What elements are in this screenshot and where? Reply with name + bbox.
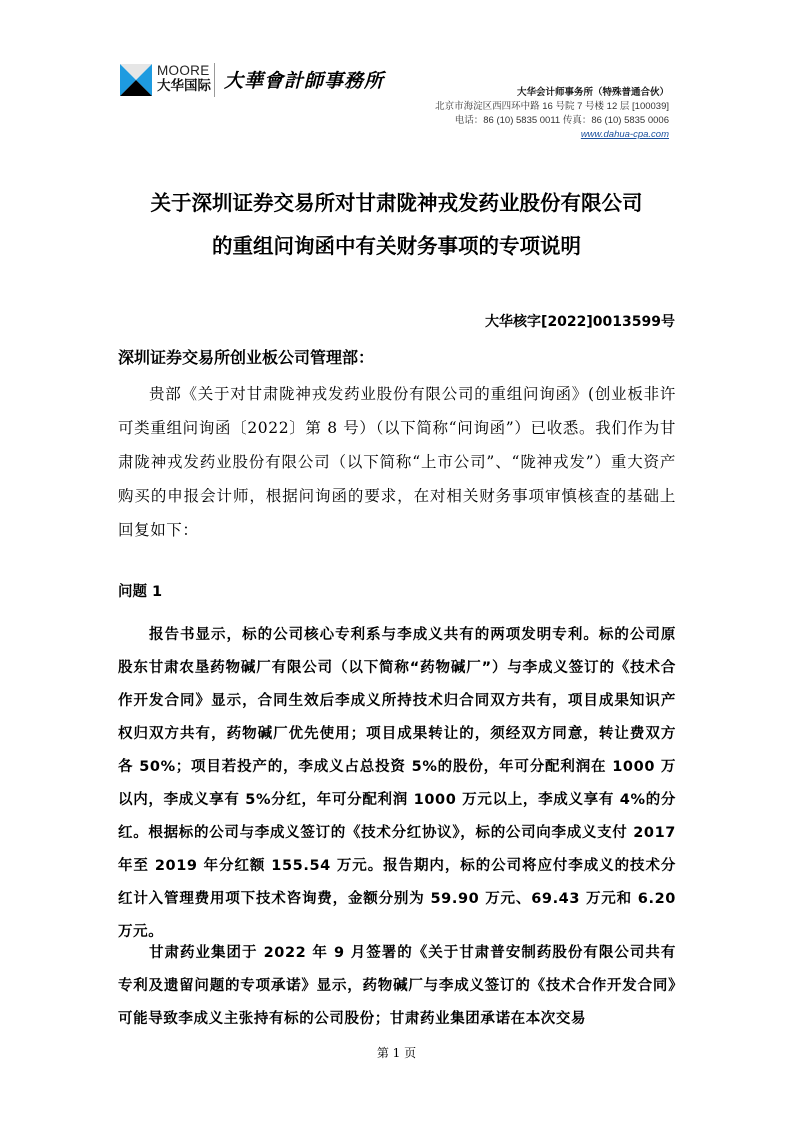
logo-calligraphy: 大華會計師事務所 xyxy=(224,66,384,93)
firm-name: 大华会计师事务所（特殊普通合伙） xyxy=(435,86,669,100)
addressee: 深圳证券交易所创业板公司管理部： xyxy=(118,345,374,368)
question-paragraph: 报告书显示，标的公司核心专利系与李成义共有的两项发明专利。标的公司原股东甘肃农垦… xyxy=(118,619,676,949)
firm-website-link[interactable]: www.dahua-cpa.com xyxy=(435,128,669,142)
page-number: 第 1 页 xyxy=(0,1044,793,1061)
intro-paragraph: 贵部《关于对甘肃陇神戎发药业股份有限公司的重组问询函》(创业板非许可类重组问询函… xyxy=(118,377,676,547)
logo-english: MOORE xyxy=(157,63,211,78)
moore-logo-icon xyxy=(120,64,152,96)
question-paragraph: 甘肃药业集团于 2022 年 9 月签署的《关于甘肃普安制药股份有限公司共有专利… xyxy=(118,937,676,1036)
question-heading: 问题 1 xyxy=(118,580,162,601)
firm-info: 大华会计师事务所（特殊普通合伙） 北京市海淀区西四环中路 16 号院 7 号楼 … xyxy=(435,86,669,142)
document-title-line2: 的重组问询函中有关财务事项的专项说明 xyxy=(0,229,793,259)
firm-phone-fax: 电话：86 (10) 5835 0011 传真：86 (10) 5835 000… xyxy=(435,114,669,128)
logo-chinese: 大华国际 xyxy=(157,78,211,93)
letterhead: MOORE 大华国际 大華會計師事務所 大华会计师事务所（特殊普通合伙） 北京市… xyxy=(0,0,793,160)
logo-wordmark: MOORE 大华国际 xyxy=(157,63,211,93)
logo-divider xyxy=(214,63,215,97)
document-title-line1: 关于深圳证券交易所对甘肃陇神戎发药业股份有限公司 xyxy=(0,186,793,216)
firm-address: 北京市海淀区西四环中路 16 号院 7 号楼 12 层 [100039] xyxy=(435,100,669,114)
document-number: 大华核字[2022]0013599号 xyxy=(485,311,675,331)
